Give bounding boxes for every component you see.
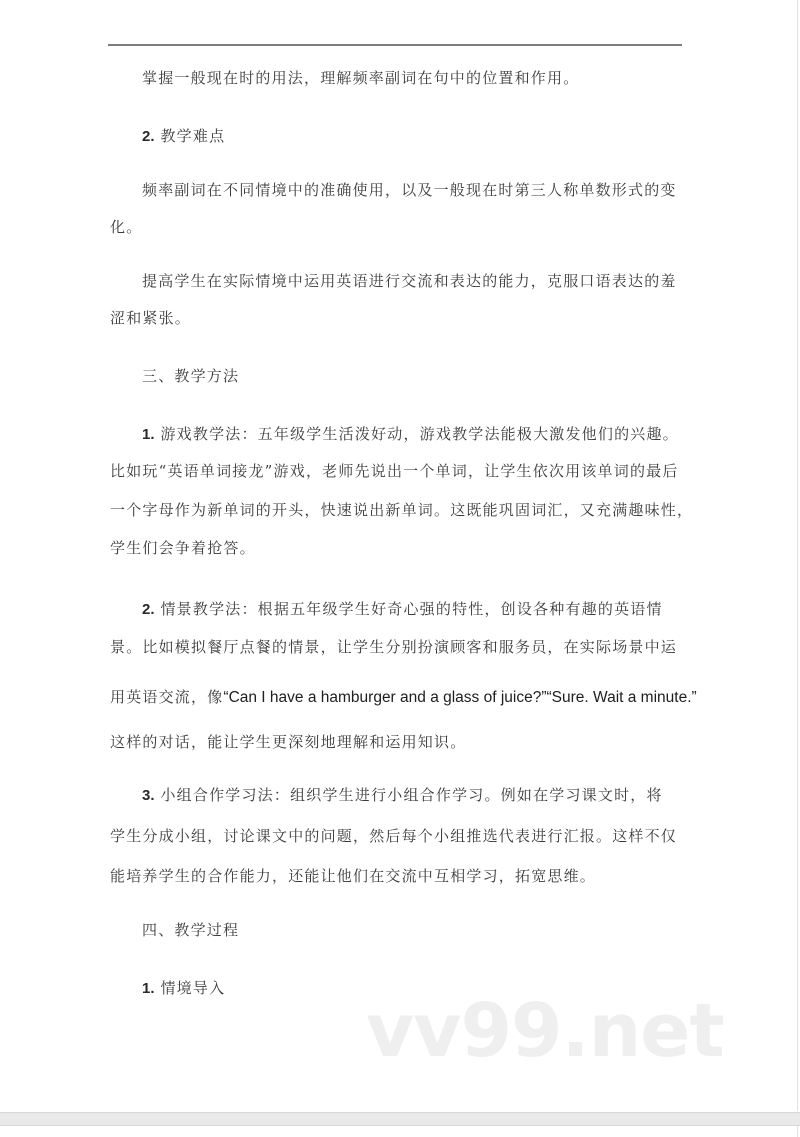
- method-game-line3: 一个字母作为新单词的开头，快速说出新单词。这既能巩固词汇，又充满趣味性，: [110, 500, 693, 520]
- next-page-top: [0, 1126, 798, 1137]
- method-group-line2: 学生分成小组，讨论课文中的问题，然后每个小组推选代表进行汇报。这样不仅: [110, 826, 677, 846]
- method-group-line1: 3. 小组合作学习法：组织学生进行小组合作学习。例如在学习课文时，将: [142, 785, 663, 806]
- watermark: vv99.net: [366, 994, 724, 1068]
- section-heading-methods: 三、教学方法: [142, 366, 239, 386]
- text-line: 提高学生在实际情境中运用英语进行交流和表达的能力，克服口语表达的羞: [142, 272, 677, 290]
- method-situation-line1: 2. 情景教学法：根据五年级学生好奇心强的特性，创设各种有趣的英语情: [142, 599, 663, 620]
- text-line: 景。比如模拟餐厅点餐的情景，让学生分别扮演顾客和服务员，在实际场景中运: [110, 638, 677, 656]
- heading-text: 教学难点: [155, 127, 226, 145]
- paragraph-difficulty-line2: 化。: [110, 217, 142, 237]
- text-line: 这样的对话，能让学生更深刻地理解和运用知识。: [110, 733, 466, 751]
- item-number: 2.: [142, 601, 155, 618]
- text-line: 频率副词在不同情境中的准确使用，以及一般现在时第三人称单数形式的变: [142, 181, 677, 199]
- paragraph-ability-line1: 提高学生在实际情境中运用英语进行交流和表达的能力，克服口语表达的羞: [142, 271, 677, 291]
- text-line: 学生们会争着抢答。: [110, 539, 256, 557]
- paragraph-ability-line2: 涩和紧张。: [110, 308, 191, 328]
- text-line: 学生分成小组，讨论课文中的问题，然后每个小组推选代表进行汇报。这样不仅: [110, 827, 677, 845]
- method-game-line1: 1. 游戏教学法：五年级学生活泼好动，游戏教学法能极大激发他们的兴趣。: [142, 424, 679, 445]
- method-game-line2: 比如玩“英语单词接龙”游戏，老师先说出一个单词，让学生依次用该单词的最后: [110, 461, 679, 481]
- text-line: 情境导入: [155, 979, 226, 997]
- text-line: 化。: [110, 218, 142, 236]
- text-line: 掌握一般现在时的用法，理解频率副词在句中的位置和作用。: [142, 69, 579, 87]
- item-number: 3.: [142, 787, 155, 804]
- document-page: 掌握一般现在时的用法，理解频率副词在句中的位置和作用。 2. 教学难点 频率副词…: [0, 0, 798, 1111]
- heading-number: 2.: [142, 128, 155, 145]
- method-situation-line4: 这样的对话，能让学生更深刻地理解和运用知识。: [110, 732, 466, 752]
- text-line: 用英语交流，像: [110, 688, 223, 706]
- text-line: 一个字母作为新单词的开头，快速说出新单词。这既能巩固词汇，又充满趣味性，: [110, 501, 693, 519]
- heading-text: 三、教学方法: [142, 367, 239, 385]
- text-line: 涩和紧张。: [110, 309, 191, 327]
- item-number: 1.: [142, 426, 155, 443]
- text-line: 比如玩“英语单词接龙”游戏，老师先说出一个单词，让学生依次用该单词的最后: [110, 462, 679, 480]
- section-heading-process: 四、教学过程: [142, 920, 239, 940]
- method-game-line4: 学生们会争着抢答。: [110, 538, 256, 558]
- text-line: 情景教学法：根据五年级学生好奇心强的特性，创设各种有趣的英语情: [155, 600, 663, 618]
- process-step-1: 1. 情境导入: [142, 978, 225, 999]
- header-divider: [108, 44, 682, 46]
- method-situation-line3: 用英语交流，像“Can I have a hamburger and a gla…: [110, 687, 697, 708]
- text-line: 小组合作学习法：组织学生进行小组合作学习。例如在学习课文时，将: [155, 786, 663, 804]
- method-situation-line2: 景。比如模拟餐厅点餐的情景，让学生分别扮演顾客和服务员，在实际场景中运: [110, 637, 677, 657]
- heading-text: 四、教学过程: [142, 921, 239, 939]
- page-gap: [0, 1112, 800, 1126]
- paragraph-key-point: 掌握一般现在时的用法，理解频率副词在句中的位置和作用。: [142, 68, 579, 88]
- item-number: 1.: [142, 980, 155, 997]
- text-line: 能培养学生的合作能力，还能让他们在交流中互相学习，拓宽思维。: [110, 867, 596, 885]
- heading-difficulty: 2. 教学难点: [142, 126, 225, 147]
- paragraph-difficulty-line1: 频率副词在不同情境中的准确使用，以及一般现在时第三人称单数形式的变: [142, 180, 677, 200]
- method-group-line3: 能培养学生的合作能力，还能让他们在交流中互相学习，拓宽思维。: [110, 866, 596, 886]
- text-line: 游戏教学法：五年级学生活泼好动，游戏教学法能极大激发他们的兴趣。: [155, 425, 679, 443]
- english-dialogue: “Can I have a hamburger and a glass of j…: [223, 689, 696, 706]
